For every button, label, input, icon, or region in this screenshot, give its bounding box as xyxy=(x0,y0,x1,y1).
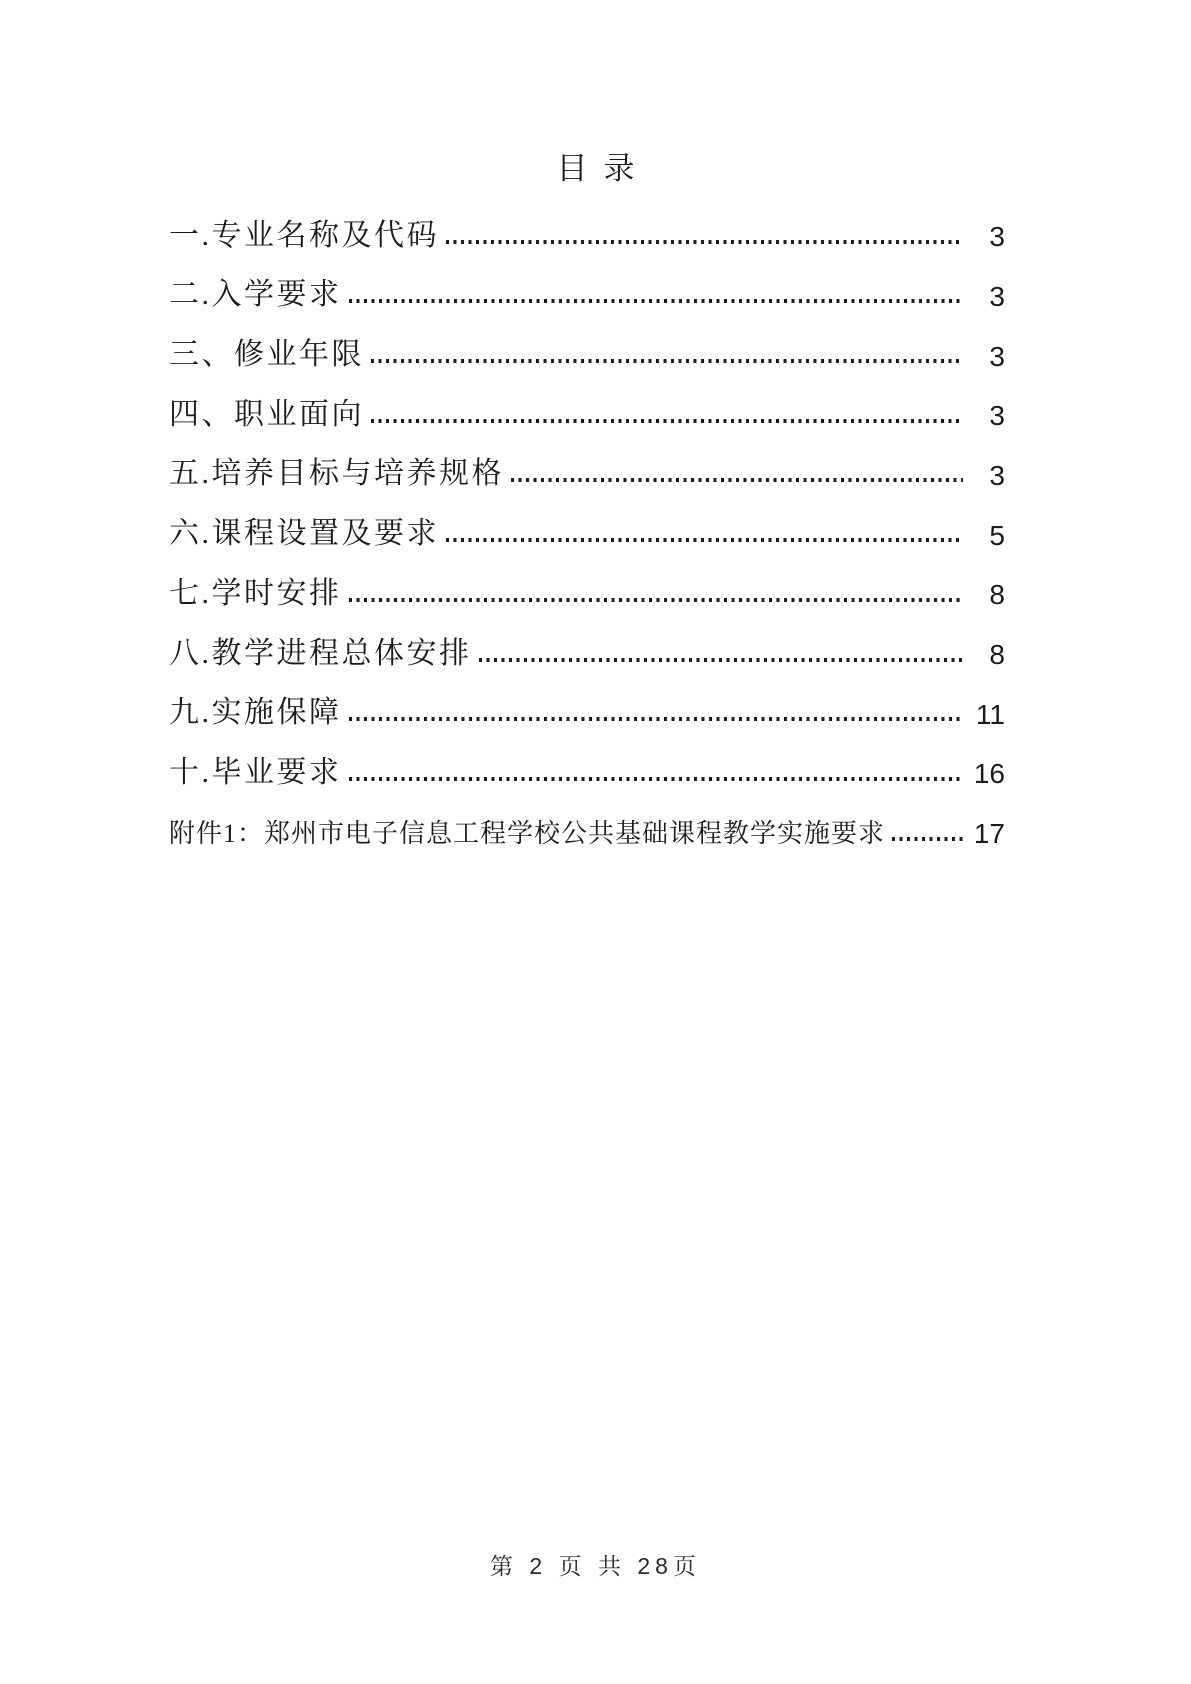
toc-entry-label: 四、职业面向 xyxy=(169,398,364,431)
toc-entry-page: 16 xyxy=(971,759,1005,788)
toc-entry-page: 3 xyxy=(971,282,1005,311)
toc-entry-label: 八.教学进程总体安排 xyxy=(169,637,472,670)
toc-entry-label: 七.学时安排 xyxy=(169,577,342,610)
toc-leader-dots xyxy=(371,419,963,423)
toc-entry-label: 三、修业年限 xyxy=(169,338,364,371)
table-of-contents: 一.专业名称及代码 3 二.入学要求 3 三、修业年限 3 四、职业面向 3 五… xyxy=(169,202,1005,859)
toc-leader-dots xyxy=(446,538,963,542)
toc-entry-label: 十.毕业要求 xyxy=(169,756,342,789)
page-footer: 第 2 页 共 28页 xyxy=(0,1548,1191,1581)
toc-entry-label: 二.入学要求 xyxy=(169,278,342,311)
toc-entry[interactable]: 九.实施保障 11 xyxy=(169,680,1005,740)
toc-leader-dots xyxy=(892,837,963,841)
page-number-text: 第 2 页 共 28页 xyxy=(490,1553,701,1579)
toc-leader-dots xyxy=(371,359,963,363)
toc-entry-page: 17 xyxy=(971,819,1005,848)
toc-entry-page: 11 xyxy=(971,700,1005,729)
toc-entry[interactable]: 八.教学进程总体安排 8 xyxy=(169,620,1005,680)
toc-leader-dots xyxy=(446,240,963,244)
toc-entry-page: 3 xyxy=(971,222,1005,251)
toc-entry-label: 九.实施保障 xyxy=(169,696,342,729)
toc-leader-dots xyxy=(349,717,964,721)
toc-entry[interactable]: 十.毕业要求 16 xyxy=(169,739,1005,799)
toc-entry-page: 3 xyxy=(971,461,1005,490)
toc-entry-page: 5 xyxy=(971,521,1005,550)
toc-entry[interactable]: 七.学时安排 8 xyxy=(169,560,1005,620)
toc-entry-page: 8 xyxy=(971,580,1005,609)
toc-leader-dots xyxy=(479,658,964,662)
toc-entry[interactable]: 一.专业名称及代码 3 xyxy=(169,202,1005,262)
toc-entry-label: 六.课程设置及要求 xyxy=(169,517,439,550)
toc-entry[interactable]: 六.课程设置及要求 5 xyxy=(169,500,1005,560)
toc-title: 目录 xyxy=(0,143,1191,188)
toc-entry-page: 8 xyxy=(971,640,1005,669)
toc-entry-page: 3 xyxy=(971,401,1005,430)
toc-entry[interactable]: 二.入学要求 3 xyxy=(169,262,1005,322)
toc-entry[interactable]: 三、修业年限 3 xyxy=(169,321,1005,381)
toc-leader-dots xyxy=(349,598,964,602)
toc-entry[interactable]: 四、职业面向 3 xyxy=(169,381,1005,441)
toc-entry-attachment[interactable]: 附件1：郑州市电子信息工程学校公共基础课程教学实施要求 17 xyxy=(169,799,1005,859)
toc-entry-label: 附件1：郑州市电子信息工程学校公共基础课程教学实施要求 xyxy=(169,820,885,849)
toc-leader-dots xyxy=(349,777,964,781)
toc-entry-page: 3 xyxy=(971,342,1005,371)
toc-leader-dots xyxy=(349,299,964,303)
toc-entry-label: 五.培养目标与培养规格 xyxy=(169,457,504,490)
toc-entry-label: 一.专业名称及代码 xyxy=(169,219,439,252)
toc-leader-dots xyxy=(511,478,963,482)
toc-entry[interactable]: 五.培养目标与培养规格 3 xyxy=(169,441,1005,501)
